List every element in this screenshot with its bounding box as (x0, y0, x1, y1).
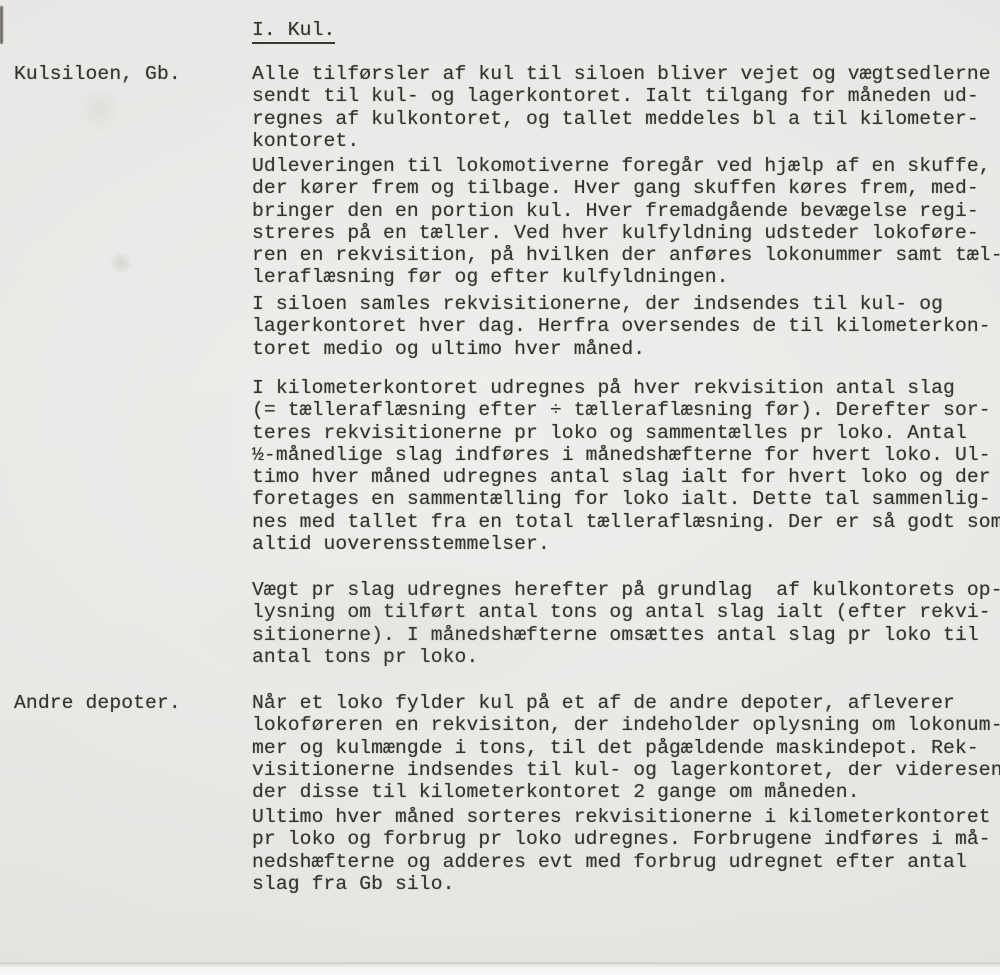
margin-label-andre-depoter: Andre depoter. (14, 692, 181, 714)
paper-bottom-edge (0, 962, 1000, 975)
paragraph: Når et loko fylder kul på et af de andre… (252, 692, 1000, 803)
paragraph: Ultimo hver måned sorteres rekvisitioner… (252, 806, 991, 895)
paragraph: Alle tilførsler af kul til siloen bliver… (252, 63, 991, 152)
paragraph: I kilometerkontoret udregnes på hver rek… (252, 377, 1000, 555)
paper-stain (108, 252, 134, 274)
paper-stain (70, 90, 130, 130)
paragraph: Udleveringen til lokomotiverne foregår v… (252, 155, 1000, 289)
paragraph: I siloen samles rekvisitionerne, der ind… (252, 293, 991, 360)
section-heading: I. Kul. (252, 19, 335, 44)
margin-label-kulsiloen: Kulsiloen, Gb. (14, 63, 181, 85)
paragraph: Vægt pr slag udregnes herefter på grundl… (252, 579, 1000, 668)
document-page: I. Kul. Kulsiloen, Gb. Alle tilførsler a… (0, 0, 1000, 975)
scan-edge-mark (0, 6, 3, 44)
